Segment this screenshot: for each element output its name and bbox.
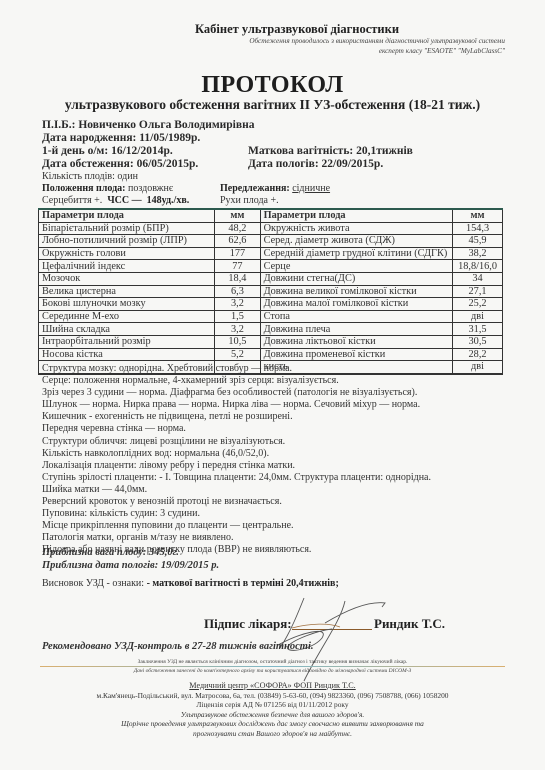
parameter-name: Довжина променевої кістки	[260, 348, 452, 361]
parameter-name: Бокові шлуночки мозку	[39, 298, 215, 311]
parameter-name: Мозочок	[39, 272, 215, 285]
parameter-name: Довжини стегна(ДС)	[260, 272, 452, 285]
parameter-value: 18,8/16,0	[453, 260, 503, 273]
finding-line: Кількість навколоплідних вод: нормальна …	[42, 448, 431, 460]
fetus-position: Положення плода: поздовжнє	[42, 183, 173, 196]
footer: Медичний центр «СОФОРА» ФОП Риндик Т.С. …	[0, 681, 545, 739]
finding-line: Реверсний кровоток у венозній протоці не…	[42, 496, 431, 508]
parameter-name: Довжина малої гомілкової кістки	[260, 298, 452, 311]
parameter-value: 6,3	[215, 285, 260, 298]
finding-line: Шлунок — норма. Нирка права — норма. Нир…	[42, 399, 431, 411]
parameter-name: Серце	[260, 260, 452, 273]
slogan: Ультразвукове обстеження безпечне для ва…	[0, 710, 545, 720]
parameter-value: 45,9	[453, 235, 503, 248]
finding-line: Ступінь зрілості плаценти: - I. Товщина …	[42, 472, 431, 484]
fetal-parameters-table: Параметри плода мм Параметри плода мм Бі…	[38, 208, 503, 375]
fetus-presentation: Передлежання: сідничне	[220, 183, 330, 196]
table-row: Лобно-потиличний розмір (ЛПР)62,6Серед. …	[39, 235, 503, 248]
parameter-value: 77	[215, 260, 260, 273]
table-row: Біпарієтальний розмір (БПР)48,2Окружніст…	[39, 222, 503, 235]
finding-line: Патологія матки, органів м/тазу не виявл…	[42, 532, 431, 544]
center-name: Медичний центр «СОФОРА» ФОП Риндик Т.С.	[0, 681, 545, 691]
estimated-due-date: Приблизна дата пологів: 19/09/2015 р.	[42, 560, 219, 573]
parameter-name: Інтраорбітальний розмір	[39, 335, 215, 348]
conclusion-value: - маткової вагітності в терміні 20,4тижн…	[147, 578, 339, 589]
finding-line: Структури обличчя: лицеві розщілини не в…	[42, 436, 431, 448]
estimated-weight: Приблизна вага плоду: 345,0г.	[42, 547, 219, 560]
table-row: Велика цистерна6,3Довжина великої гомілк…	[39, 285, 503, 298]
fetus-presentation-label: Передлежання:	[220, 183, 290, 194]
table-row: Бокові шлуночки мозку3,2Довжина малої го…	[39, 298, 503, 311]
finding-line: Шийка матки — 44,0мм.	[42, 484, 431, 496]
table-row: Шийна складка3,2Довжина плеча31,5	[39, 323, 503, 336]
finding-line: Пуповина: кількість судин: 3 судини.	[42, 508, 431, 520]
document-title: ПРОТОКОЛ	[0, 72, 545, 99]
parameter-value: 18,4	[215, 272, 260, 285]
exam-date: Дата обстеження: 06/05/2015р.	[42, 157, 198, 171]
parameter-name: Довжина ліктьової кістки	[260, 335, 452, 348]
parameter-value: 25,2	[453, 298, 503, 311]
recommendation: Рекомендовано УЗД-контроль в 27-28 тижні…	[42, 641, 314, 652]
disclaimer: Заключення УЗД не являється клінічним ді…	[0, 659, 545, 665]
parameter-value: дві	[453, 310, 503, 323]
finding-line: Кишечник - ехогенність не підвищена, пет…	[42, 411, 431, 423]
table-header: Параметри плода	[39, 209, 215, 222]
parameter-name: Довжина великої гомілкової кістки	[260, 285, 452, 298]
table-header: мм	[453, 209, 503, 222]
table-header: Параметри плода	[260, 209, 452, 222]
finding-line: Локалізація плаценти: лівому ребру і пер…	[42, 460, 431, 472]
table-header: мм	[215, 209, 260, 222]
parameter-value: дві	[453, 361, 503, 374]
equipment-note: Обстеження проводилось з використанням д…	[125, 36, 505, 46]
fetus-heartbeat: Серцебиття +. ЧСС — 148уд./хв.	[42, 195, 189, 208]
fetus-count: Кількість плодів: один	[42, 171, 138, 184]
table-row: Серединне М-ехо1,5Стопадві	[39, 310, 503, 323]
parameter-value: 34	[453, 272, 503, 285]
parameter-value: 3,2	[215, 323, 260, 336]
parameter-value: 62,6	[215, 235, 260, 248]
footer-divider	[40, 666, 505, 667]
estimates: Приблизна вага плоду: 345,0г. Приблизна …	[42, 547, 219, 572]
center-address: м.Кам'янець-Подільський, вул. Матросова,…	[0, 691, 545, 701]
advice-line-2: прогнозувати стан Вашого здоров'я на май…	[0, 729, 545, 739]
table-row: Інтраорбітальний розмір10,5Довжина лікть…	[39, 335, 503, 348]
heartbeat-status: Серцебиття +.	[42, 195, 102, 206]
table-row: Носова кістка5,2Довжина променевої кістк…	[39, 348, 503, 361]
parameter-name: Носова кістка	[39, 348, 215, 361]
table-row: Цефалічний індекс77Серце18,8/16,0	[39, 260, 503, 273]
fetus-position-label: Положення плода:	[42, 183, 125, 194]
document-subtitle: ультразвукового обстеження вагітних ІІ У…	[0, 97, 545, 113]
parameter-name: Стопа	[260, 310, 452, 323]
gestational-age: Маткова вагітність: 20,1тижнів	[248, 144, 413, 158]
patient-birth-date: Дата народження: 11/05/1989р.	[42, 131, 200, 145]
parameter-value: 5,2	[215, 348, 260, 361]
clinic-name: Кабінет ультразвукової діагностики	[195, 22, 399, 37]
parameter-value: 48,2	[215, 222, 260, 235]
license: Ліцензія серія АД № 071256 від 01/11/201…	[0, 700, 545, 710]
parameter-value: 3,2	[215, 298, 260, 311]
parameter-value: 30,5	[453, 335, 503, 348]
table-row: Мозочок18,4Довжини стегна(ДС)34	[39, 272, 503, 285]
parameter-value: 154,3	[453, 222, 503, 235]
conclusion: Висновок УЗД - ознаки: - маткової вагітн…	[42, 578, 339, 589]
patient-name: П.І.Б.: Новиченко Ольга Володимирівна	[42, 118, 254, 132]
parameter-value: 31,5	[453, 323, 503, 336]
table-header-row: Параметри плода мм Параметри плода мм	[39, 209, 503, 222]
parameter-name: Серединне М-ехо	[39, 310, 215, 323]
conclusion-label: Висновок УЗД - ознаки:	[42, 578, 144, 589]
due-date: Дата пологів: 22/09/2015р.	[248, 157, 383, 171]
parameter-name: Біпарієтальний розмір (БПР)	[39, 222, 215, 235]
heart-rate-value: 148уд./хв.	[147, 195, 190, 206]
archive-note: Дані обстеження занесені до комп'ютерног…	[0, 668, 545, 674]
parameter-name: Окружність голови	[39, 247, 215, 260]
findings-list: Структура мозку: однорідна. Хребтовий ст…	[42, 363, 431, 557]
parameter-value: 27,1	[453, 285, 503, 298]
parameter-value: 177	[215, 247, 260, 260]
parameter-name: Цефалічний індекс	[39, 260, 215, 273]
finding-line: Місце прикріплення пуповини до плаценти …	[42, 520, 431, 532]
finding-line: Зріз через 3 судини — норма. Діафрагма б…	[42, 387, 431, 399]
finding-line: Передня черевна стінка — норма.	[42, 423, 431, 435]
parameter-name: Велика цистерна	[39, 285, 215, 298]
parameter-value: 10,5	[215, 335, 260, 348]
parameter-name: Окружність живота	[260, 222, 452, 235]
parameter-name: Шийна складка	[39, 323, 215, 336]
parameter-name: Лобно-потиличний розмір (ЛПР)	[39, 235, 215, 248]
heart-rate-label: ЧСС —	[107, 195, 141, 206]
parameter-value: 28,2	[453, 348, 503, 361]
finding-line: Серце: положення нормальне, 4-хкамерний …	[42, 375, 431, 387]
table-row: Окружність голови177Середній діаметр гру…	[39, 247, 503, 260]
parameter-value: 38,2	[453, 247, 503, 260]
finding-line: Структура мозку: однорідна. Хребтовий ст…	[42, 363, 431, 375]
equipment-model: експерт класу "ESAOTE" "MyLabClassC"	[125, 46, 505, 56]
parameter-name: Середній діаметр грудної клітини (СДГК)	[260, 247, 452, 260]
patient-lmp: 1-й день о/м: 16/12/2014р.	[42, 144, 173, 158]
parameter-value: 1,5	[215, 310, 260, 323]
fetus-presentation-value: сідничне	[292, 183, 330, 194]
advice-line-1: Щорічне проведення ультразвукових дослід…	[0, 719, 545, 729]
parameter-name: Серед. діаметр живота (СДЖ)	[260, 235, 452, 248]
fetus-position-value: поздовжнє	[128, 183, 173, 194]
fetus-movements: Рухи плода +.	[220, 195, 279, 208]
parameter-name: Довжина плеча	[260, 323, 452, 336]
